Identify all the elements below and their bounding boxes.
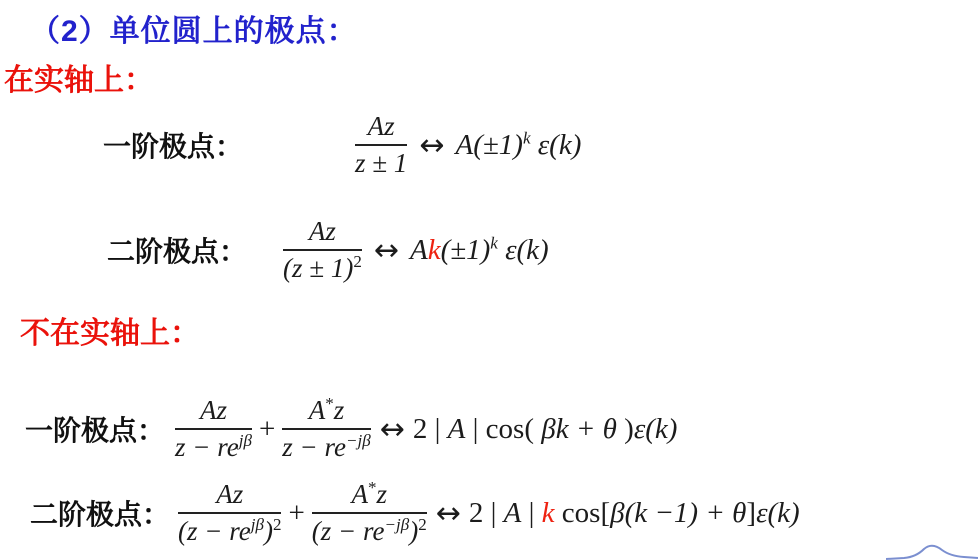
- math-term: ε(k): [634, 413, 678, 445]
- math-term: ): [264, 516, 273, 546]
- section-heading-off-real-axis: 不在实轴上：: [20, 308, 200, 352]
- plus-sign: +: [288, 497, 304, 530]
- math-term: ε(k): [530, 129, 581, 161]
- fraction-denominator: (z − re−jβ)2: [312, 514, 427, 547]
- cos-function: cos[: [555, 497, 611, 529]
- highlighted-k-term: k: [542, 497, 555, 529]
- fraction: A*z (z − re−jβ)2: [312, 479, 427, 547]
- exponent: k: [490, 233, 498, 252]
- math-term: β(k −1) + θ: [610, 497, 746, 529]
- math-term: |: [465, 413, 485, 445]
- transform-pair-arrow: ↔: [374, 233, 398, 268]
- math-term: A: [448, 413, 466, 445]
- cos-function: cos(: [486, 413, 542, 445]
- formula-row-second-order-real: 二阶极点： Az (z ± 1)2 ↔ Ak(±1)k ε(k): [0, 205, 978, 295]
- math-term: (±1): [441, 234, 491, 266]
- cloud-curve-icon: [886, 544, 978, 560]
- math-term: ]: [746, 497, 756, 529]
- transform-pair-arrow: ↔: [436, 496, 460, 531]
- math-term: z: [376, 479, 387, 509]
- time-domain-expression: A(±1)k ε(k): [455, 129, 581, 162]
- math-term: A: [504, 497, 522, 529]
- exponent: 2: [418, 515, 427, 534]
- fraction: Az z ± 1: [355, 111, 407, 179]
- transform-pair-arrow: ↔: [419, 128, 443, 163]
- fraction-numerator: A*z: [282, 395, 370, 430]
- math-term: A: [410, 234, 428, 266]
- math-term: 2 |: [413, 413, 448, 445]
- conjugate-star: *: [325, 394, 334, 413]
- time-domain-expression: Ak(±1)k ε(k): [410, 234, 549, 267]
- plus-sign: +: [259, 413, 275, 446]
- fraction-denominator: (z − rejβ)2: [178, 514, 281, 547]
- fraction-denominator: z − rejβ: [175, 430, 252, 463]
- exponent: 2: [353, 252, 362, 271]
- row-label: 一阶极点：: [25, 409, 165, 449]
- math-term: ε(k): [756, 497, 800, 529]
- fraction-numerator: Az: [175, 395, 252, 430]
- fraction-numerator: Az: [283, 216, 362, 251]
- exponent: −jβ: [385, 515, 410, 534]
- transform-pair-arrow: ↔: [380, 412, 404, 447]
- time-domain-expression: 2 | A | k cos[β(k −1) + θ]ε(k): [469, 497, 800, 530]
- math-term: ε(k): [498, 234, 549, 266]
- row-label: 二阶极点：: [107, 230, 247, 270]
- fraction: Az z − rejβ: [175, 395, 252, 463]
- math-term: ): [617, 413, 634, 445]
- row-label: 一阶极点：: [103, 125, 243, 165]
- math-term: |: [521, 497, 541, 529]
- page-title: （2）单位圆上的极点：: [30, 6, 358, 50]
- row-label: 二阶极点：: [30, 493, 170, 533]
- math-term: z − re: [282, 432, 346, 462]
- highlighted-k-term: k: [428, 234, 441, 266]
- fraction-numerator: Az: [355, 111, 407, 146]
- fraction-denominator: z ± 1: [355, 146, 407, 179]
- fraction: Az (z − rejβ)2: [178, 479, 281, 547]
- formula-row-first-order-real: 一阶极点： Az z ± 1 ↔ A(±1)k ε(k): [0, 100, 978, 190]
- math-term: (z ± 1): [283, 253, 353, 283]
- fraction: A*z z − re−jβ: [282, 395, 370, 463]
- math-term: A: [309, 395, 326, 425]
- math-term: z − re: [175, 432, 239, 462]
- math-term: 2 |: [469, 497, 504, 529]
- section-heading-on-real-axis: 在实轴上：: [4, 55, 154, 99]
- math-term: (z − re: [312, 516, 385, 546]
- math-term: (z − re: [178, 516, 251, 546]
- formula-row-second-order-complex: 二阶极点： Az (z − rejβ)2 + A*z (z − re−jβ)2 …: [0, 468, 978, 558]
- slide: （2）单位圆上的极点： 在实轴上： 一阶极点： Az z ± 1 ↔ A(±1)…: [0, 0, 978, 560]
- fraction-numerator: Az: [178, 479, 281, 514]
- formula-row-first-order-complex: 一阶极点： Az z − rejβ + A*z z − re−jβ ↔ 2 | …: [0, 384, 978, 474]
- math-term: z: [334, 395, 345, 425]
- time-domain-expression: 2 | A | cos( βk + θ )ε(k): [413, 413, 678, 446]
- math-term: A: [351, 479, 368, 509]
- fraction-numerator: A*z: [312, 479, 427, 514]
- exponent: jβ: [239, 431, 252, 450]
- math-term: βk + θ: [541, 413, 617, 445]
- exponent: 2: [273, 515, 282, 534]
- fraction: Az (z ± 1)2: [283, 216, 362, 284]
- math-term: ): [409, 516, 418, 546]
- fraction-denominator: z − re−jβ: [282, 430, 370, 463]
- math-term: A(±1): [455, 129, 522, 161]
- exponent: jβ: [251, 515, 264, 534]
- exponent: −jβ: [346, 431, 371, 450]
- fraction-denominator: (z ± 1)2: [283, 251, 362, 284]
